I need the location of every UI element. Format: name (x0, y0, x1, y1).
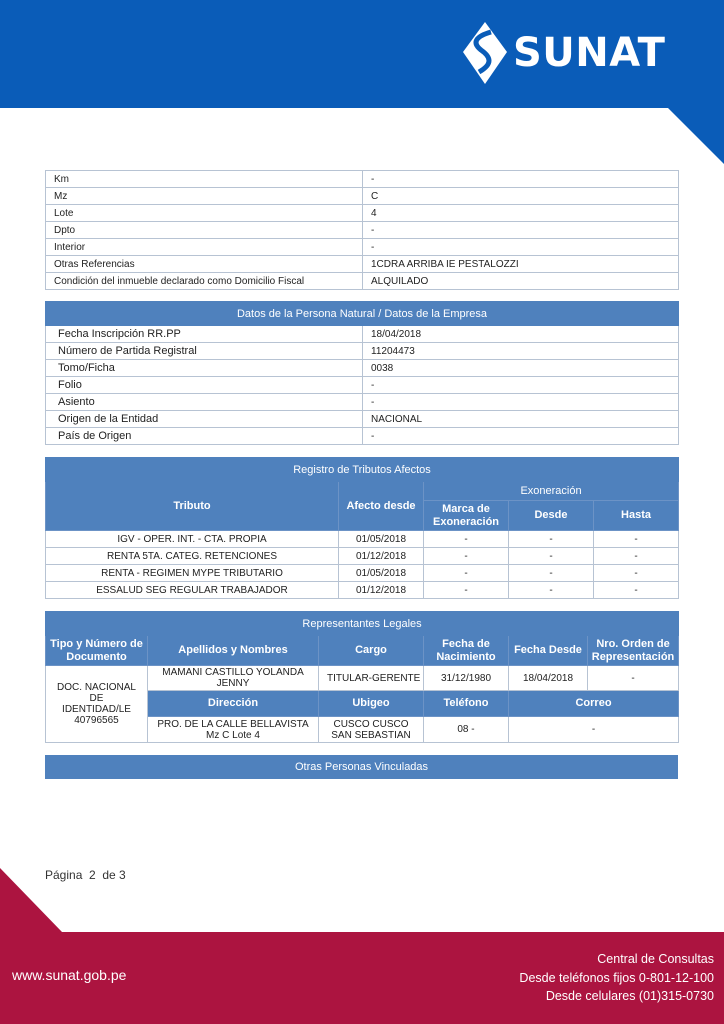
contact-phone-fixed: Desde teléfonos fijos 0-801-12-100 (519, 969, 714, 988)
row-value: - (363, 377, 679, 394)
row-value: NACIONAL (363, 411, 679, 428)
row-label: Km (46, 171, 363, 188)
table-row: MzC (46, 188, 679, 205)
otras-personas-header: Otras Personas Vinculadas (45, 755, 678, 779)
cell-afecto-desde: 01/12/2018 (339, 548, 424, 565)
tributos-table: Registro de Tributos Afectos Tributo Afe… (45, 457, 679, 599)
cell-marca: - (424, 565, 509, 582)
row-label: Condición del inmueble declarado como Do… (46, 273, 363, 290)
cell-marca: - (424, 531, 509, 548)
section-title: Datos de la Persona Natural / Datos de l… (46, 302, 679, 326)
row-value: 18/04/2018 (363, 326, 679, 343)
logo-text: SUNAT (513, 30, 665, 76)
sunat-diamond-icon (461, 20, 509, 86)
col-header-direccion: Dirección (148, 691, 319, 717)
col-header-desde: Desde (509, 501, 594, 531)
cell-direccion: PRO. DE LA CALLE BELLAVISTA Mz C Lote 4 (148, 717, 319, 743)
col-header-cargo: Cargo (319, 636, 424, 666)
col-header-tributo: Tributo (46, 482, 339, 531)
cell-hasta: - (594, 582, 679, 599)
cell-marca: - (424, 582, 509, 599)
col-header-hasta: Hasta (594, 501, 679, 531)
domicilio-table: Km- MzC Lote4 Dpto- Interior- Otras Refe… (45, 170, 679, 290)
contact-phone-mobile: Desde celulares (01)315-0730 (519, 987, 714, 1006)
cell-telefono: 08 - (424, 717, 509, 743)
cell-hasta: - (594, 548, 679, 565)
cell-afecto-desde: 01/05/2018 (339, 531, 424, 548)
table-row: Fecha Inscripción RR.PP18/04/2018 (46, 326, 679, 343)
row-value: 0038 (363, 360, 679, 377)
row-value: 11204473 (363, 343, 679, 360)
website-link[interactable]: www.sunat.gob.pe (12, 967, 126, 983)
row-label: Fecha Inscripción RR.PP (46, 326, 363, 343)
col-header-nacimiento: Fecha de Nacimiento (424, 636, 509, 666)
col-header-afecto-desde: Afecto desde (339, 482, 424, 531)
section-title: Registro de Tributos Afectos (46, 458, 679, 482)
row-label: País de Origen (46, 428, 363, 445)
row-label: Dpto (46, 222, 363, 239)
cell-tributo: RENTA - REGIMEN MYPE TRIBUTARIO (46, 565, 339, 582)
row-label: Número de Partida Registral (46, 343, 363, 360)
row-label: Tomo/Ficha (46, 360, 363, 377)
cell-tipo-doc: DOC. NACIONAL DE IDENTIDAD/LE 40796565 (46, 666, 148, 743)
contact-info: Central de Consultas Desde teléfonos fij… (519, 950, 714, 1006)
col-header-fecha-desde: Fecha Desde (509, 636, 588, 666)
cell-hasta: - (594, 531, 679, 548)
cell-fecha-desde: 18/04/2018 (509, 666, 588, 691)
table-row: DOC. NACIONAL DE IDENTIDAD/LE 40796565 M… (46, 666, 679, 691)
row-value: - (363, 428, 679, 445)
table-row: Interior- (46, 239, 679, 256)
cell-tributo: IGV - OPER. INT. - CTA. PROPIA (46, 531, 339, 548)
row-value: - (363, 394, 679, 411)
row-value: 4 (363, 205, 679, 222)
cell-nacimiento: 31/12/1980 (424, 666, 509, 691)
table-row: ESSALUD SEG REGULAR TRABAJADOR 01/12/201… (46, 582, 679, 599)
table-row: Tomo/Ficha0038 (46, 360, 679, 377)
representantes-table: Representantes Legales Tipo y Número de … (45, 611, 679, 743)
contact-title: Central de Consultas (519, 950, 714, 969)
row-value: C (363, 188, 679, 205)
row-label: Mz (46, 188, 363, 205)
cell-ubigeo: CUSCO CUSCO SAN SEBASTIAN (319, 717, 424, 743)
cell-correo: - (509, 717, 679, 743)
persona-table: Datos de la Persona Natural / Datos de l… (45, 301, 679, 445)
col-header-correo: Correo (509, 691, 679, 717)
cell-tributo: ESSALUD SEG REGULAR TRABAJADOR (46, 582, 339, 599)
col-header-marca: Marca de Exoneración (424, 501, 509, 531)
row-label: Lote (46, 205, 363, 222)
row-value: 1CDRA ARRIBA IE PESTALOZZI (363, 256, 679, 273)
row-value: ALQUILADO (363, 273, 679, 290)
row-value: - (363, 239, 679, 256)
col-header-tipo-doc: Tipo y Número de Documento (46, 636, 148, 666)
row-value: - (363, 171, 679, 188)
col-header-exoneracion: Exoneración (424, 482, 679, 501)
table-row: Origen de la EntidadNACIONAL (46, 411, 679, 428)
col-header-orden: Nro. Orden de Representación (588, 636, 679, 666)
cell-cargo: TITULAR-GERENTE (319, 666, 424, 691)
table-row: RENTA 5TA. CATEG. RETENCIONES 01/12/2018… (46, 548, 679, 565)
table-row: Asiento- (46, 394, 679, 411)
table-row: Otras Referencias1CDRA ARRIBA IE PESTALO… (46, 256, 679, 273)
cell-afecto-desde: 01/05/2018 (339, 565, 424, 582)
table-row: País de Origen- (46, 428, 679, 445)
table-row: RENTA - REGIMEN MYPE TRIBUTARIO 01/05/20… (46, 565, 679, 582)
section-title: Representantes Legales (46, 612, 679, 636)
cell-nombres: MAMANI CASTILLO YOLANDA JENNY (148, 666, 319, 691)
sunat-logo: SUNAT (461, 20, 685, 86)
row-label: Asiento (46, 394, 363, 411)
row-label: Otras Referencias (46, 256, 363, 273)
col-header-ubigeo: Ubigeo (319, 691, 424, 717)
cell-marca: - (424, 548, 509, 565)
table-row: Km- (46, 171, 679, 188)
cell-afecto-desde: 01/12/2018 (339, 582, 424, 599)
col-header-nombres: Apellidos y Nombres (148, 636, 319, 666)
cell-orden: - (588, 666, 679, 691)
cell-desde: - (509, 531, 594, 548)
table-row: Condición del inmueble declarado como Do… (46, 273, 679, 290)
cell-desde: - (509, 565, 594, 582)
col-header-telefono: Teléfono (424, 691, 509, 717)
table-row: Lote4 (46, 205, 679, 222)
cell-desde: - (509, 548, 594, 565)
cell-tributo: RENTA 5TA. CATEG. RETENCIONES (46, 548, 339, 565)
table-row: Folio- (46, 377, 679, 394)
table-row: Dpto- (46, 222, 679, 239)
table-row: IGV - OPER. INT. - CTA. PROPIA 01/05/201… (46, 531, 679, 548)
row-value: - (363, 222, 679, 239)
row-label: Interior (46, 239, 363, 256)
row-label: Origen de la Entidad (46, 411, 363, 428)
cell-hasta: - (594, 565, 679, 582)
row-label: Folio (46, 377, 363, 394)
table-row: Número de Partida Registral11204473 (46, 343, 679, 360)
cell-desde: - (509, 582, 594, 599)
